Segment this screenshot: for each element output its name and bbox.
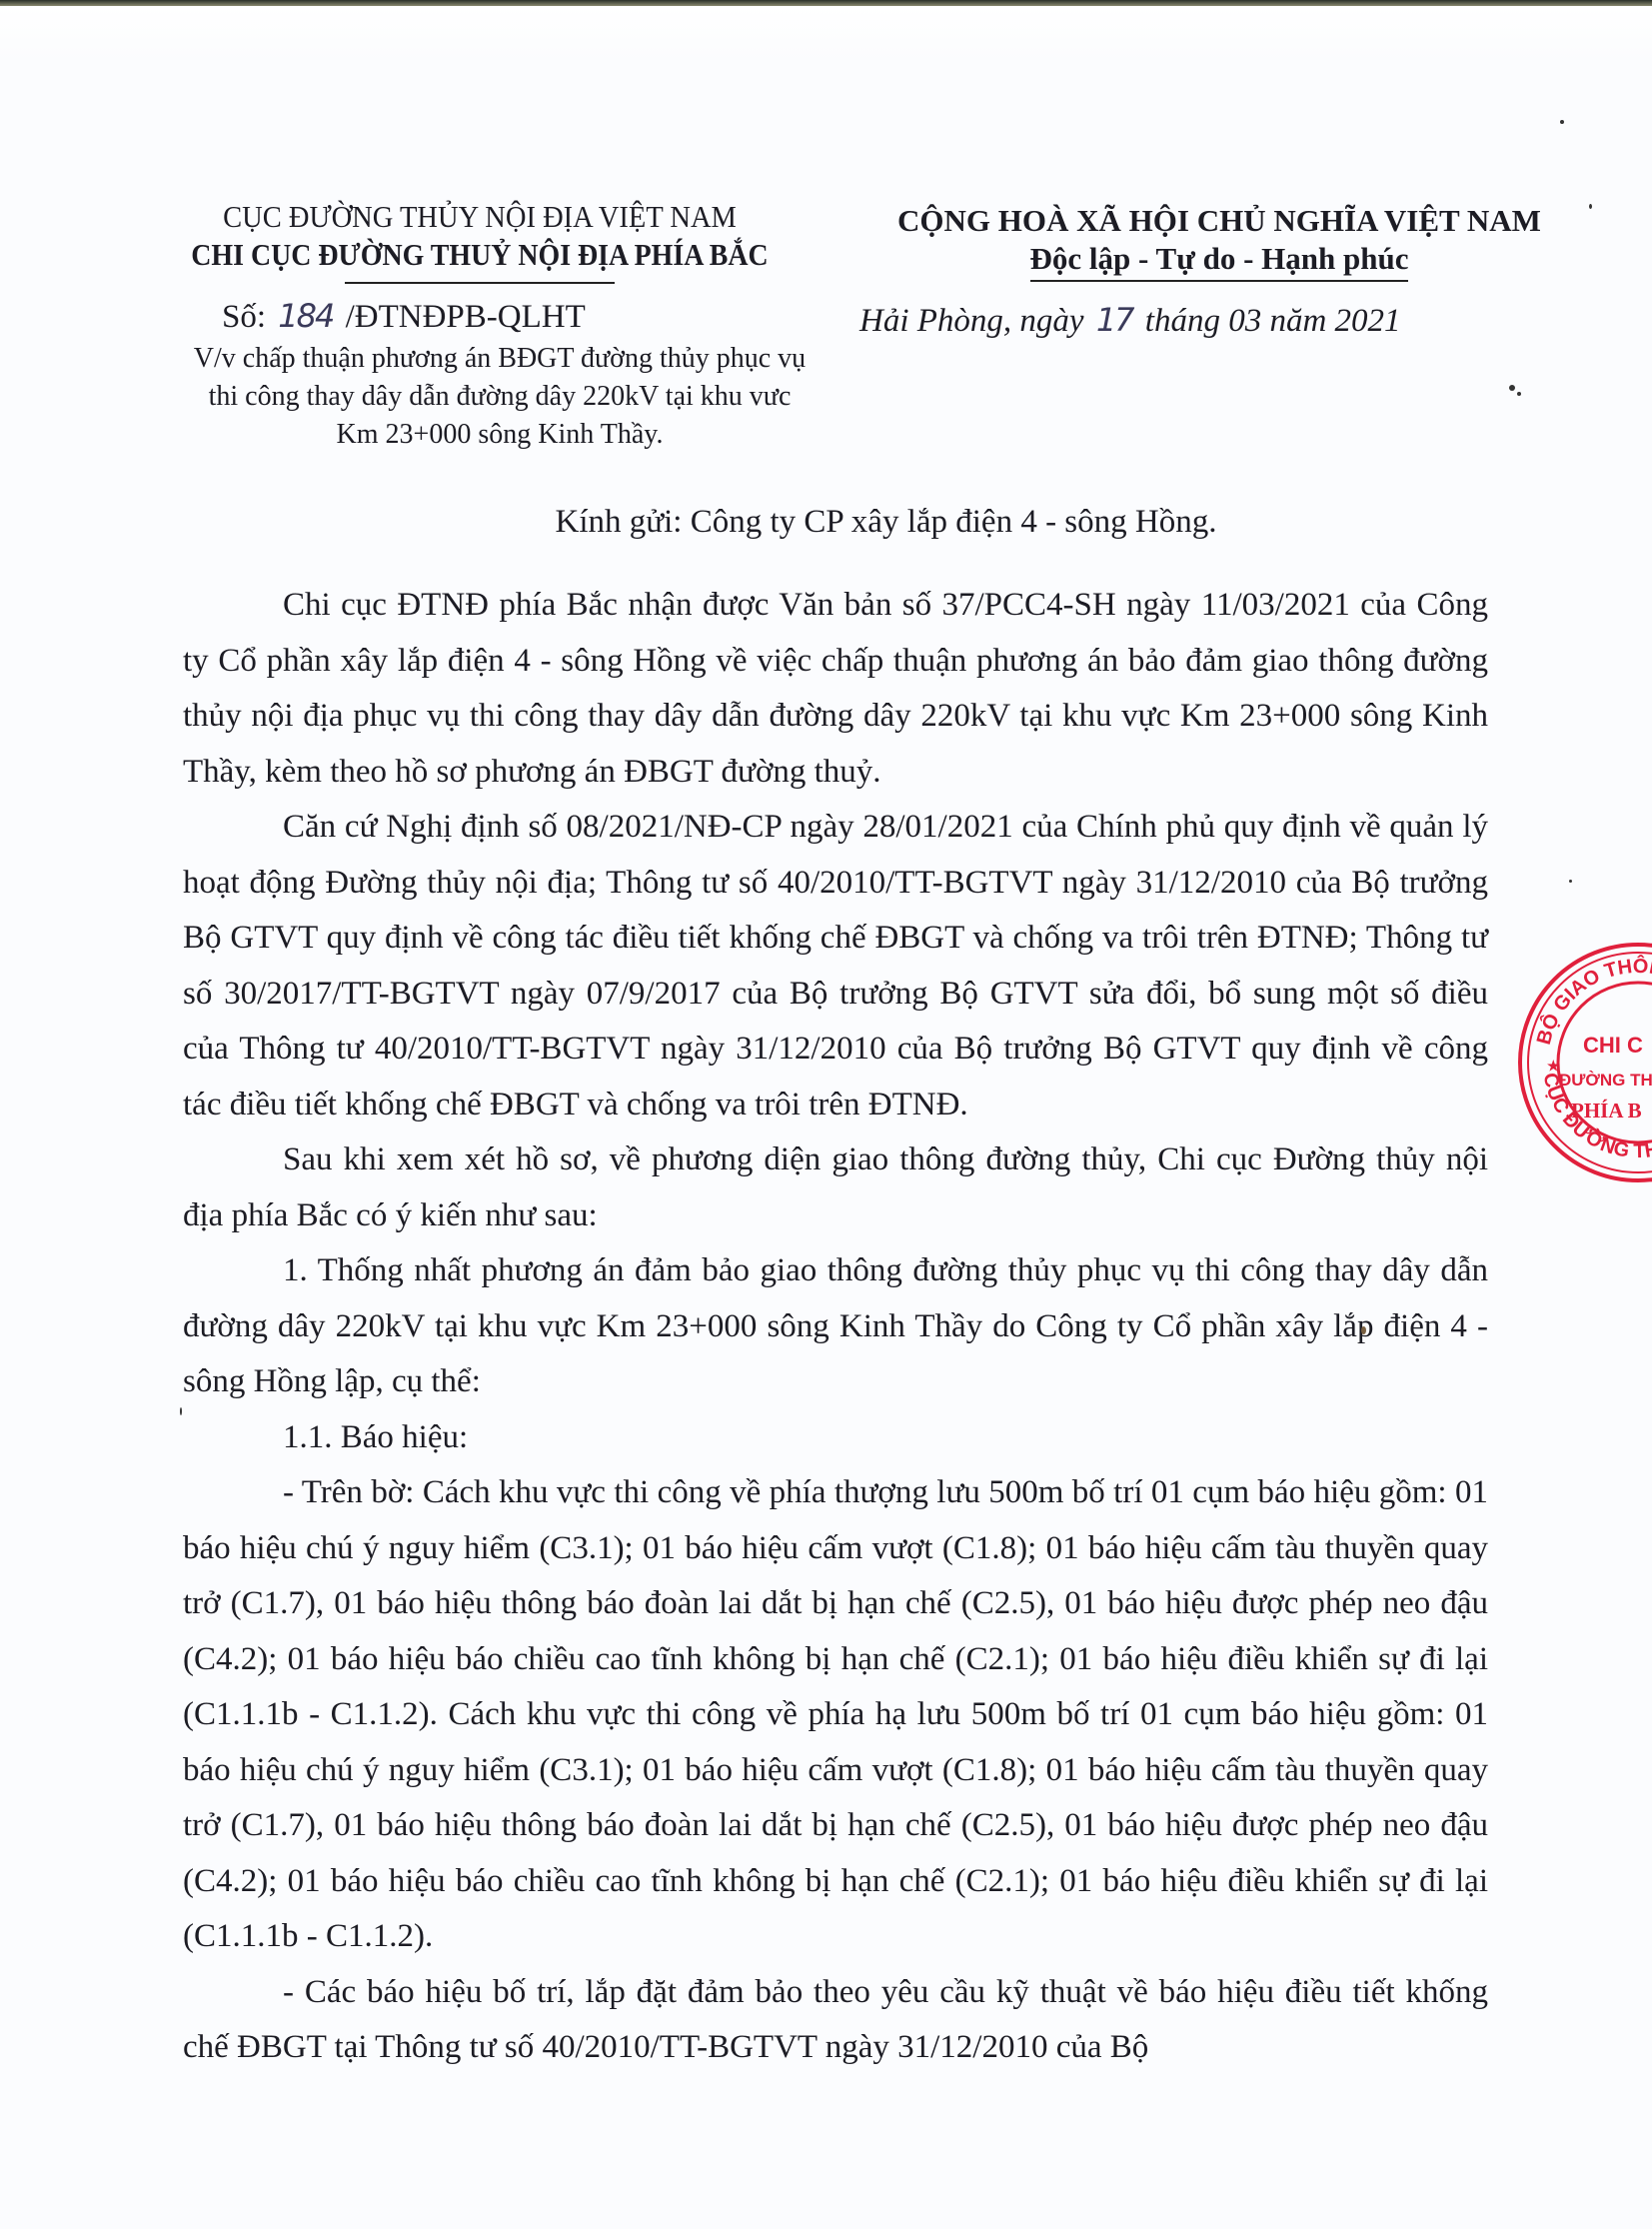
issuing-agency-block: CỤC ĐƯỜNG THỦY NỘI ĐỊA VIỆT NAM CHI CỤC … (120, 198, 839, 284)
paragraph-legal-basis: Căn cứ Nghị định số 08/2021/NĐ-CP ngày 2… (183, 800, 1488, 1132)
subject-line-1: V/v chấp thuận phương án BĐGT đường thủy… (120, 340, 879, 378)
place-date: Hải Phòng, ngày 17 tháng 03 năm 2021 (859, 300, 1401, 341)
paragraph-onshore-signals: - Trên bờ: Cách khu vực thi công về phía… (183, 1465, 1488, 1965)
svg-text:PHÍA B: PHÍA B (1571, 1099, 1642, 1122)
document-number: Số: 184 /ĐTNĐPB-QLHT (222, 296, 586, 337)
doc-number-prefix: Số: (222, 299, 266, 335)
agency-underline (345, 282, 615, 284)
national-header-block: CỘNG HOÀ XÃ HỘI CHỦ NGHĨA VIỆT NAM Độc l… (839, 202, 1599, 282)
agency-parent: CỤC ĐƯỜNG THỦY NỘI ĐỊA VIỆT NAM (149, 198, 811, 236)
doc-number-handwritten: 184 (278, 297, 333, 335)
red-seal-stamp: BỘ GIAO THÔNG CỤC ĐƯỜNG THỦY N CHI C ĐƯỜ… (1513, 938, 1652, 1187)
place-date-prefix: Hải Phòng, ngày (859, 303, 1084, 339)
svg-text:ĐƯỜNG THỦ: ĐƯỜNG THỦ (1559, 1071, 1652, 1090)
paragraph-opinion-intro: Sau khi xem xét hồ sơ, về phương diện gi… (183, 1132, 1488, 1243)
paragraph-signal-requirements: - Các báo hiệu bố trí, lắp đặt đảm bảo t… (183, 1965, 1488, 2076)
place-date-suffix: tháng 03 năm 2021 (1145, 303, 1401, 339)
subject-line-3: Km 23+000 sông Kinh Thầy. (120, 416, 879, 454)
national-motto: Độc lập - Tự do - Hạnh phúc (1030, 240, 1409, 282)
paragraph-receipt: Chi cục ĐTNĐ phía Bắc nhận được Văn bản … (183, 578, 1488, 800)
doc-number-suffix: /ĐTNĐPB-QLHT (346, 299, 586, 335)
agency-name: CHI CỤC ĐƯỜNG THUỶ NỘI ĐỊA PHÍA BẮC (156, 236, 804, 274)
subject-line: V/v chấp thuận phương án BĐGT đường thủy… (120, 340, 879, 454)
subject-line-2: thi công thay dây dẫn đường dây 220kV tạ… (120, 378, 879, 416)
day-handwritten: 17 (1096, 301, 1133, 339)
nation-title: CỘNG HOÀ XÃ HỘI CHỦ NGHĨA VIỆT NAM (839, 202, 1599, 240)
recipient-line: Kính gửi: Công ty CP xây lắp điện 4 - sô… (0, 502, 1652, 542)
svg-text:CHI C: CHI C (1583, 1033, 1643, 1058)
official-letter-page: CỤC ĐƯỜNG THỦY NỘI ĐỊA VIỆT NAM CHI CỤC … (0, 0, 1652, 2229)
svg-text:CỤC ĐƯỜNG THỦY N: CỤC ĐƯỜNG THỦY N (1539, 1072, 1652, 1163)
paragraph-item-1: 1. Thống nhất phương án đảm bảo giao thô… (183, 1243, 1488, 1410)
letter-body: Chi cục ĐTNĐ phía Bắc nhận được Văn bản … (183, 578, 1488, 2076)
svg-text:★: ★ (1547, 1058, 1560, 1074)
svg-text:BỘ GIAO THÔNG: BỘ GIAO THÔNG (1533, 954, 1652, 1048)
paragraph-item-1-1: 1.1. Báo hiệu: (183, 1410, 1488, 1466)
